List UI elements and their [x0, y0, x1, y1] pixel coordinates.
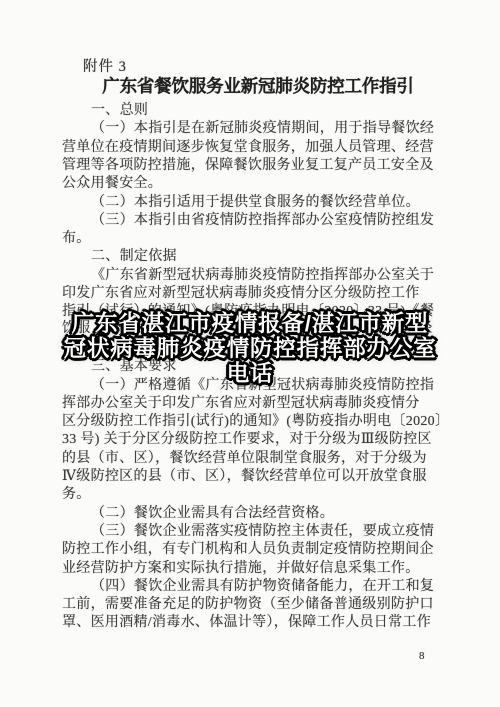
document-text-line: 业经营防护方案和实际执行措施，并做好信息采集工作。	[62, 560, 436, 578]
caption-overlay: 广东省湛江市疫情报备/湛江市新型 冠状病毒肺炎疫情防控指挥部办公室 电话	[0, 312, 500, 386]
document-text-line: 布。	[62, 230, 436, 248]
page-number: 8	[419, 650, 425, 662]
document-text-line: 管理等各项防控措施，保障餐饮服务业复工复产员工安全及	[62, 157, 436, 175]
document-text-line: 二、制定依据	[62, 248, 465, 266]
document-text-line: 33 号) 关于分区分级防控工作要求，对于分级为Ⅲ级防控区	[62, 431, 436, 449]
document-text-line: （三）本指引由省疫情防控指挥部办公室疫情防控组发	[62, 212, 465, 230]
document-text-line: 印发广东省应对新型冠状病毒肺炎疫情分区分级防控工作	[62, 285, 436, 303]
scanned-document-page: 附件 3 广东省餐饮服务业新冠肺炎防控工作指引 一、总则（一）本指引是在新冠肺炎…	[0, 0, 500, 707]
document-text-line: （四）餐饮企业需具有防护物资储备能力，在开工和复	[62, 578, 465, 596]
document-text-line: 《广东省新型冠状病毒肺炎疫情防控指挥部办公室关于	[62, 267, 465, 285]
document-text-line: 公众用餐安全。	[62, 175, 436, 193]
document-text-line: 罩、医用酒精/消毒水、体温计等），保障工作人员日常工作	[62, 614, 436, 632]
document-text-line: 区分级防控工作指引(试行)的通知》(粤防疫指办明电〔2020〕	[62, 413, 436, 431]
document-text-line: （二）餐饮企业需具有合法经营资格。	[62, 505, 465, 523]
document-text-line: 防控工作小组，有专门机构和人员负责制定疫情防控期间企	[62, 541, 436, 559]
document-text-line: Ⅳ级防控区的县（市、区），餐饮经营单位可以开放堂食服	[62, 468, 436, 486]
document-text-line: 的县（市、区），餐饮经营单位限制堂食服务，对于分级为	[62, 450, 436, 468]
document-text-line: 一、总则	[62, 102, 465, 120]
document-text-line: 工前，需要准备充足的防护物资（至少储备普通级别防护口	[62, 596, 436, 614]
document-text-line: 营单位在疫情期间逐步恢复堂食服务，加强人员管理、经营	[62, 139, 436, 157]
caption-overlay-line: 广东省湛江市疫情报备/湛江市新型	[0, 312, 500, 337]
caption-overlay-line: 电话	[0, 362, 500, 387]
document-text-line: 挥部办公室关于印发广东省应对新型冠状病毒肺炎疫情分	[62, 395, 436, 413]
document-text-line: （三）餐饮企业需落实疫情防控主体责任，要成立疫情	[62, 523, 465, 541]
document-text-line: （一）本指引是在新冠肺炎疫情期间，用于指导餐饮经	[62, 120, 465, 138]
document-text-line: （二）本指引适用于提供堂食服务的餐饮经营单位。	[62, 194, 465, 212]
caption-overlay-line: 冠状病毒肺炎疫情防控指挥部办公室	[0, 337, 500, 362]
document-text-line: 务。	[62, 486, 436, 504]
